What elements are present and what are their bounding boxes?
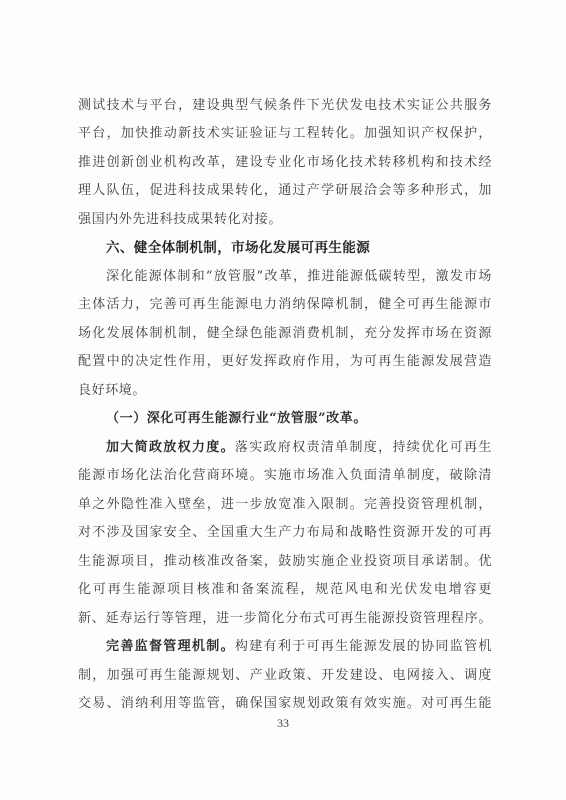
paragraph-2-line: 交易、消纳利用等监管，确保国家规划政策有效实施。对可再生能 — [78, 690, 492, 718]
paragraph-1-line: 新、延寿运行等管理，进一步简化分布式可再生能源投资管理程序。 — [78, 605, 492, 633]
body-text-line: 理人队伍，促进科技成果转化，通过产学研展洽会等多种形式，加 — [78, 177, 492, 205]
paragraph-text: 构建有利于可再生能源发展的协同监管机 — [235, 639, 492, 654]
paragraph-1-line: 单之外隐性准入壁垒，进一步放宽准入限制。完善投资管理机制， — [78, 491, 492, 519]
section-heading: 六、健全体制机制，市场化发展可再生能源 — [106, 234, 492, 262]
page-number: 33 — [0, 716, 566, 731]
body-text-line: 平台，加快推动新技术实证验证与工程转化。加强知识产权保护， — [78, 120, 492, 148]
section-intro-line: 主体活力，完善可再生能源电力消纳保障机制，健全可再生能源市 — [78, 291, 492, 319]
section-intro-line: 配置中的决定性作用，更好发挥政府作用，为可再生能源发展营造 — [78, 348, 492, 376]
section-intro-line: 良好环境。 — [78, 377, 492, 405]
section-intro-line: 场化发展体制机制，健全绿色能源消费机制，充分发挥市场在资源 — [78, 320, 492, 348]
paragraph-1-line: 生能源项目，推动核准改备案，鼓励实施企业投资项目承诺制。优 — [78, 548, 492, 576]
paragraph-text: 落实政府权责清单制度，持续优化可再生 — [235, 440, 492, 455]
paragraph-1-line: 对不涉及国家安全、全国重大生产力布局和战略性资源开发的可再 — [78, 519, 492, 547]
paragraph-lead: 加大简政放权力度。 — [106, 440, 235, 455]
document-page: 测试技术与平台，建设典型气候条件下光伏发电技术实证公共服务 平台，加快推动新技术… — [0, 0, 566, 800]
paragraph-1-line: 能源市场化法治化营商环境。实施市场准入负面清单制度，破除清 — [78, 462, 492, 490]
paragraph-2-first-line: 完善监督管理机制。构建有利于可再生能源发展的协同监管机 — [106, 633, 492, 661]
body-text-line: 测试技术与平台，建设典型气候条件下光伏发电技术实证公共服务 — [78, 92, 492, 120]
subsection-heading: （一）深化可再生能源行业“放管服”改革。 — [106, 405, 492, 433]
paragraph-1-first-line: 加大简政放权力度。落实政府权责清单制度，持续优化可再生 — [106, 434, 492, 462]
paragraph-1-line: 化可再生能源项目核准和备案流程，规范风电和光伏发电增容更 — [78, 576, 492, 604]
section-intro-line: 深化能源体制和“放管服”改革，推进能源低碳转型，激发市场 — [106, 263, 492, 291]
body-text-line: 推进创新创业机构改革，建设专业化市场化技术转移机构和技术经 — [78, 149, 492, 177]
paragraph-2-line: 制，加强可再生能源规划、产业政策、开发建设、电网接入、调度 — [78, 662, 492, 690]
paragraph-lead: 完善监督管理机制。 — [106, 639, 235, 654]
body-text-line: 强国内外先进科技成果转化对接。 — [78, 206, 492, 234]
